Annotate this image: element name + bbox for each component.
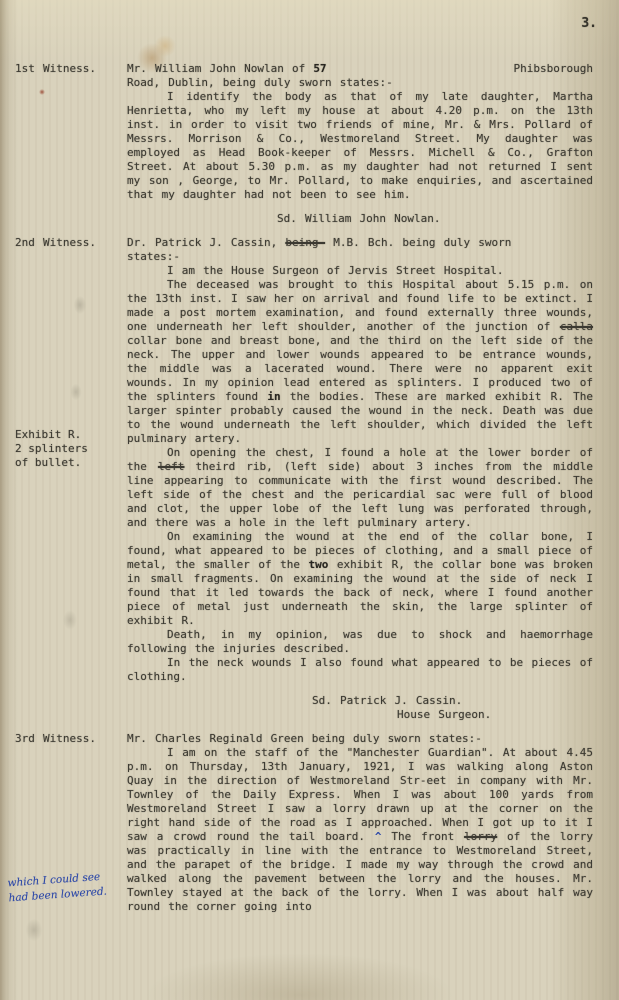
exhibit-margin-note: Exhibit R. 2 splinters of bullet. (15, 428, 125, 470)
witness1-house-number: 57 (313, 62, 326, 75)
witness3-body: Mr. Charles Reginald Green being duly sw… (127, 732, 593, 914)
witness2-p2-bold: in (267, 390, 280, 403)
witness3-heading: Mr. Charles Reginald Green being duly sw… (127, 732, 593, 746)
exhibit-note-line1: Exhibit R. (15, 428, 125, 442)
witness2-paragraph-1: I am the House Surgeon of Jervis Street … (127, 264, 593, 278)
witness2-paragraph-3: On opening the chest, I found a hole at … (127, 446, 593, 530)
exhibit-note-line3: of bullet. (15, 456, 125, 470)
witness1-label: 1st Witness. (15, 62, 127, 236)
witness1-heading-right: Phibsborough (514, 62, 593, 76)
witness2-p3-post: theird rib, (left side) about 3 inches f… (127, 460, 593, 529)
witness1-heading: Mr. William John Nowlan of 57 Phibsborou… (127, 62, 593, 76)
strikethrough-text: calla (560, 320, 593, 333)
witness1-paragraph: I identify the body as that of my late d… (127, 90, 593, 202)
document-page: 3. 1st Witness. Mr. William John Nowlan … (0, 0, 619, 1000)
witness2-label: 2nd Witness. (15, 236, 127, 732)
witness1-body: Mr. William John Nowlan of 57 Phibsborou… (127, 62, 593, 236)
section-1st-witness: 1st Witness. Mr. William John Nowlan of … (15, 62, 593, 236)
witness2-paragraph-2: The deceased was brought to this Hospita… (127, 278, 593, 446)
witness2-p4-bold: two (308, 558, 328, 571)
witness3-p-pre: I am on the staff of the "Manchester Gua… (127, 746, 593, 843)
witness3-p-mid: The front (381, 830, 464, 843)
witness2-paragraph-4: On examining the wound at the end of the… (127, 530, 593, 628)
page-number: 3. (581, 16, 597, 31)
witness2-paragraph-6: In the neck wounds I also found what app… (127, 656, 593, 684)
witness1-heading-pre: Mr. William John Nowlan of (127, 62, 313, 75)
witness3-paragraph: I am on the staff of the "Manchester Gua… (127, 746, 593, 914)
witness1-signature: Sd. William John Nowlan. (127, 212, 593, 226)
witness2-heading-post: M.B. Bch. being duly sworn (325, 236, 511, 249)
witness2-body: Dr. Patrick J. Cassin, being- M.B. Bch. … (127, 236, 593, 732)
strikethrough-text: left (158, 460, 185, 473)
witness1-heading-line2: Road, Dublin, being duly sworn states:- (127, 76, 593, 90)
witness2-p2-pre: The deceased was brought to this Hospita… (127, 278, 593, 333)
witness1-heading-name: Mr. William John Nowlan of 57 (127, 62, 327, 76)
witness2-signature-title: House Surgeon. (127, 708, 593, 722)
exhibit-note-line2: 2 splinters (15, 442, 125, 456)
section-2nd-witness: 2nd Witness. Dr. Patrick J. Cassin, bein… (15, 236, 593, 732)
witness2-signature: Sd. Patrick J. Cassin. (127, 694, 593, 708)
witness2-paragraph-5: Death, in my opinion, was due to shock a… (127, 628, 593, 656)
strikethrough-text: being- (285, 236, 325, 249)
strikethrough-text: lorry (464, 830, 497, 843)
witness2-heading-line2: states:- (127, 250, 593, 264)
witness2-heading-pre: Dr. Patrick J. Cassin, (127, 236, 285, 249)
witness2-heading: Dr. Patrick J. Cassin, being- M.B. Bch. … (127, 236, 593, 250)
